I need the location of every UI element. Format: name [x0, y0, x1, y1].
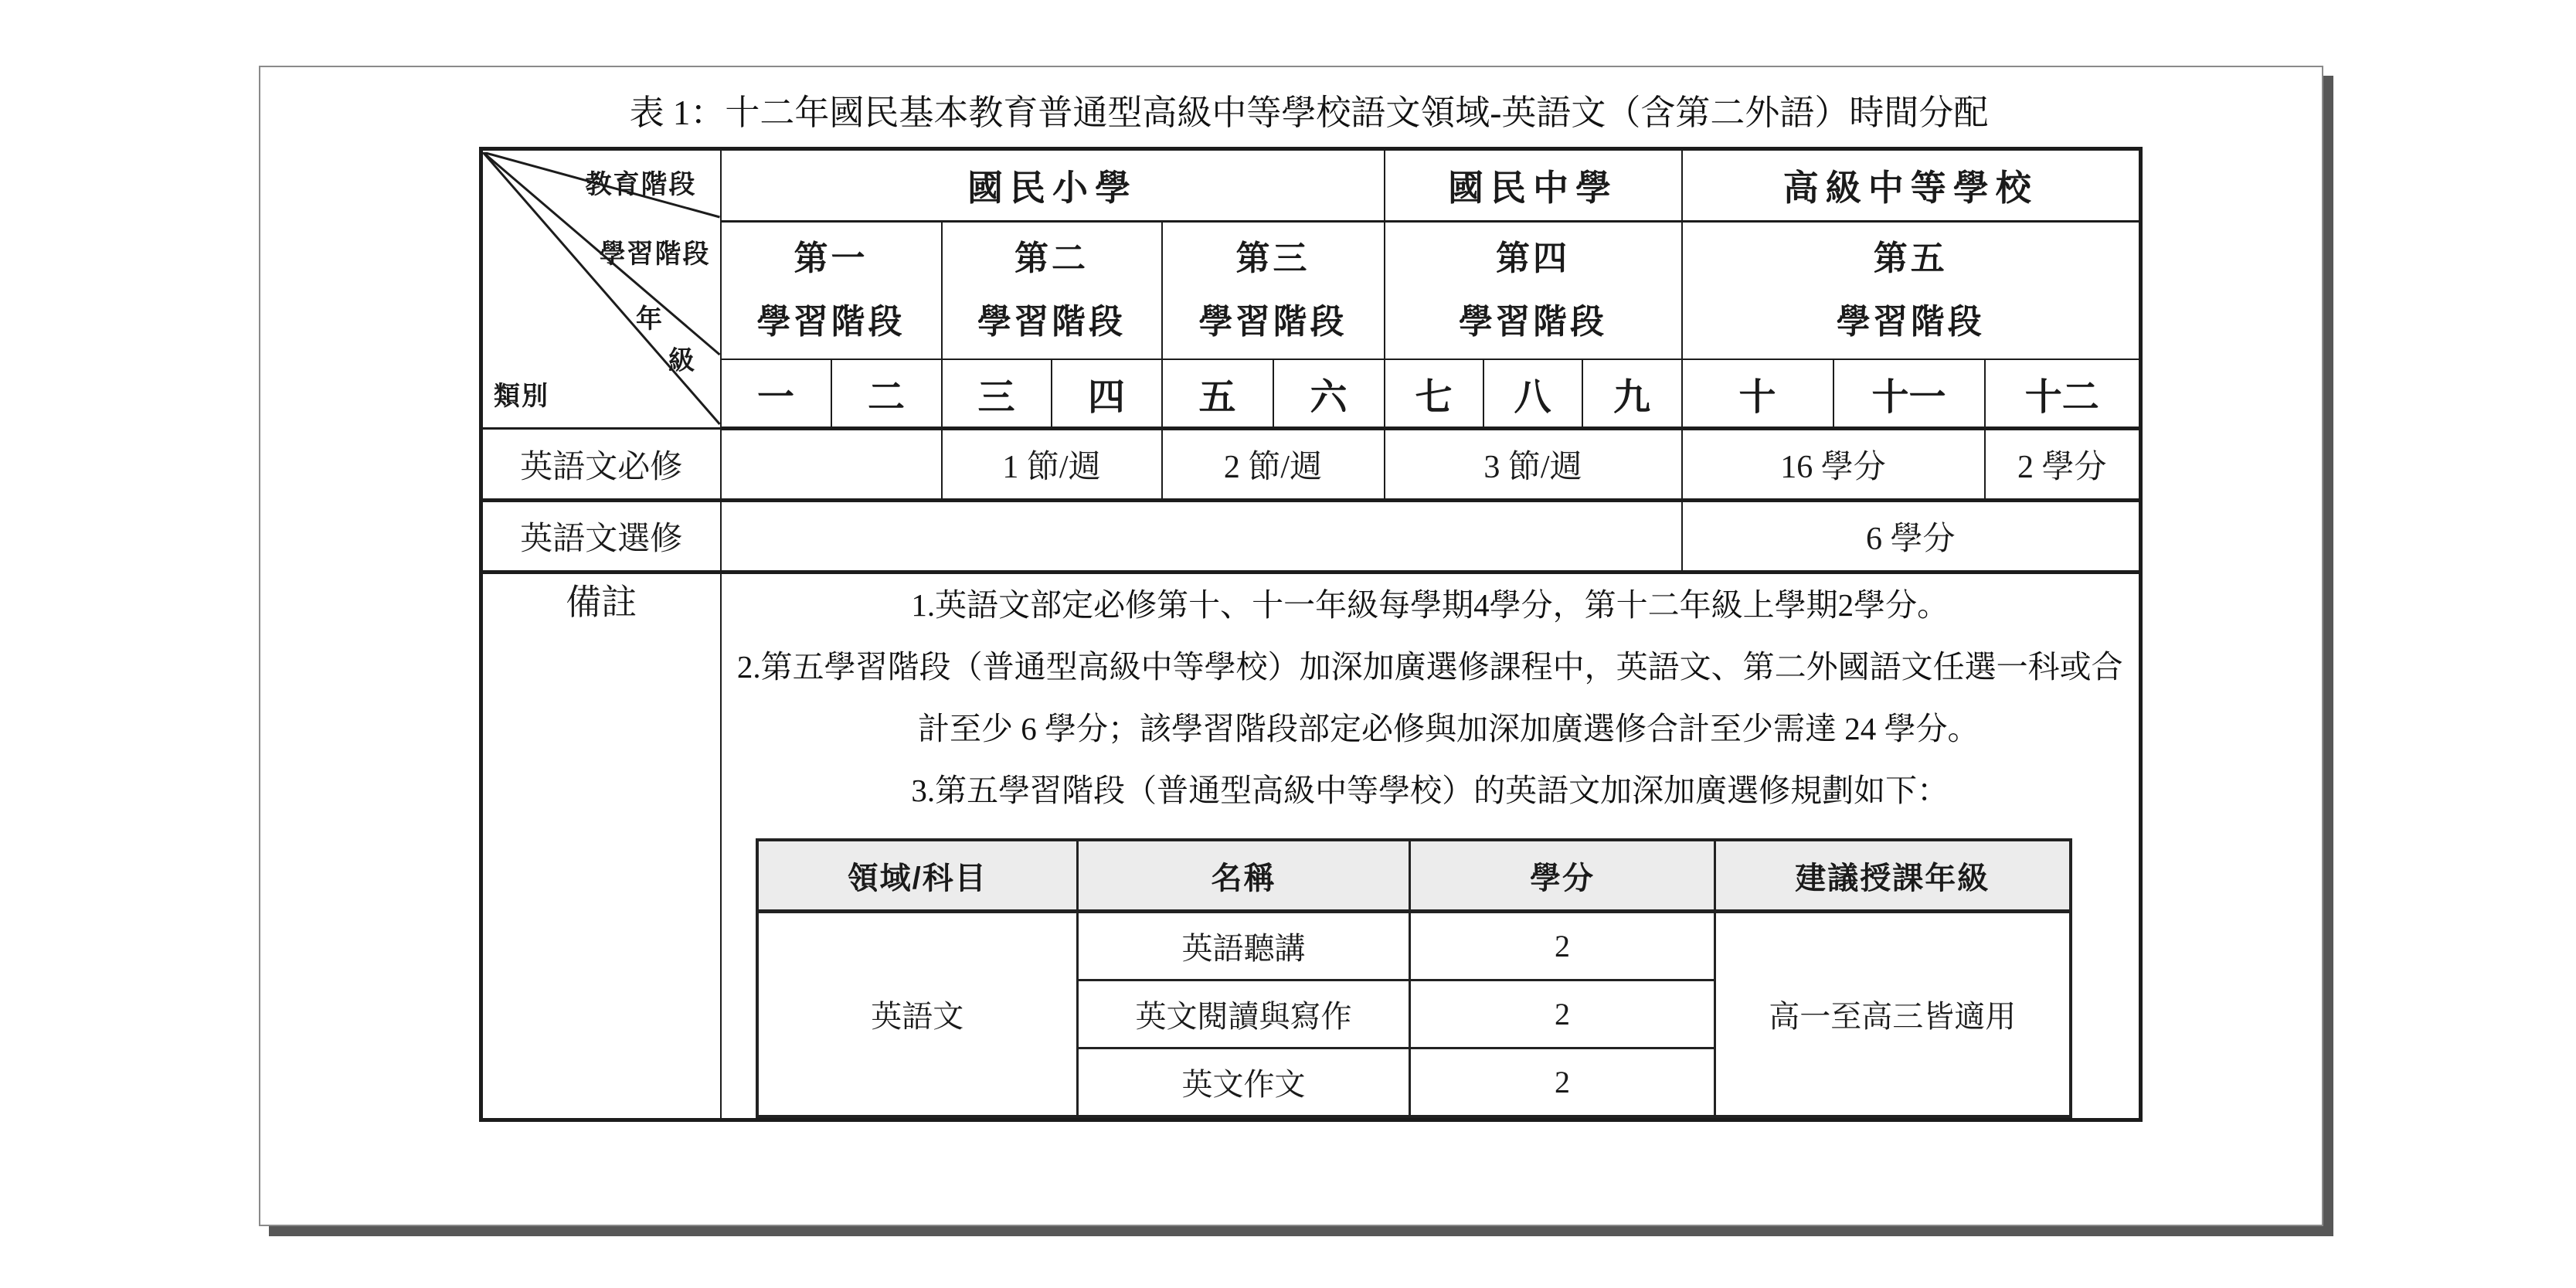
stage-4-word: 學習階段	[1385, 291, 1681, 354]
grade-7: 七	[1385, 359, 1483, 429]
remark-item-2: 2.第五學習階段（普通型高級中等學校）加深加廣選修課程中，英語文、第二外國語文任…	[722, 636, 2139, 760]
course-name-3: 英文作文	[1078, 1048, 1410, 1117]
required-grades-10-11: 16 學分	[1682, 429, 1985, 501]
stage-2-ordinal: 第二	[943, 227, 1161, 291]
education-stage-row: 教育階段 學習階段 年 級 類別 國民小學 國民中學 高級中等學校	[481, 149, 2141, 222]
required-english-row: 英語文必修 1 節/週 2 節/週 3 節/週 16 學分 2 學分	[481, 429, 2141, 501]
elective-grades-1-9	[721, 501, 1682, 573]
time-allocation-table: 教育階段 學習階段 年 級 類別 國民小學 國民中學 高級中等學校 第一 學習階…	[479, 147, 2143, 1122]
grade-4: 四	[1052, 359, 1162, 429]
stage-3-ordinal: 第三	[1163, 227, 1384, 291]
screenshot-root: { "title": "表 1：十二年國民基本教育普通型高級中等學校語文領域-英…	[0, 0, 2576, 1288]
stage-2-word: 學習階段	[943, 291, 1161, 354]
remark-item-1: 1.英語文部定必修第十、十一年級每學期4學分，第十二年級上學期2學分。	[722, 574, 2139, 636]
education-stage-elementary: 國民小學	[721, 149, 1385, 222]
elective-course-row-1: 英語文 英語聽講 2 高一至高三皆適用	[757, 912, 2071, 980]
grade-5: 五	[1162, 359, 1273, 429]
elective-header-name: 名稱	[1078, 840, 1410, 912]
document-page: 表 1：十二年國民基本教育普通型高級中等學校語文領域-英語文（含第二外語）時間分…	[259, 66, 2323, 1226]
required-grades-1-2	[721, 429, 942, 501]
suggested-grades-cell: 高一至高三皆適用	[1715, 912, 2071, 1117]
corner-header-cell: 教育階段 學習階段 年 級 類別	[481, 149, 721, 429]
required-english-label: 英語文必修	[481, 429, 721, 501]
course-credits-2: 2	[1410, 980, 1715, 1048]
learning-stage-2: 第二 學習階段	[942, 222, 1162, 360]
corner-label-grade: 級	[668, 339, 696, 377]
stage-4-ordinal: 第四	[1385, 227, 1681, 291]
table-title: 表 1：十二年國民基本教育普通型高級中等學校語文領域-英語文（含第二外語）時間分…	[479, 89, 2139, 137]
grade-6: 六	[1273, 359, 1385, 429]
corner-label-year: 年	[636, 297, 664, 335]
corner-label-category: 類別	[494, 375, 549, 413]
elective-english-label: 英語文選修	[481, 501, 721, 573]
elective-header-domain: 領域/科目	[757, 840, 1078, 912]
grade-8: 八	[1483, 359, 1582, 429]
learning-stage-4: 第四 學習階段	[1385, 222, 1682, 360]
elective-english-row: 英語文選修 6 學分	[481, 501, 2141, 573]
stage-1-word: 學習階段	[722, 291, 941, 354]
grade-2: 二	[831, 359, 942, 429]
elective-course-table: 領域/科目 名稱 學分 建議授課年級 英語文 英語聽講 2 高一至高三皆適用 英…	[756, 838, 2072, 1118]
corner-label-learning-stage: 學習階段	[600, 233, 711, 270]
required-grades-5-6: 2 節/週	[1162, 429, 1385, 501]
course-name-1: 英語聽講	[1078, 912, 1410, 980]
learning-stage-3: 第三 學習階段	[1162, 222, 1385, 360]
stage-3-word: 學習階段	[1163, 291, 1384, 354]
required-grade-12: 2 學分	[1985, 429, 2141, 501]
grade-10: 十	[1682, 359, 1833, 429]
required-grades-3-4: 1 節/週	[942, 429, 1162, 501]
learning-stage-1: 第一 學習階段	[721, 222, 942, 360]
course-name-2: 英文閱讀與寫作	[1078, 980, 1410, 1048]
grade-9: 九	[1582, 359, 1682, 429]
course-credits-1: 2	[1410, 912, 1715, 980]
education-stage-senior-high: 高級中等學校	[1682, 149, 2141, 222]
elective-table-header-row: 領域/科目 名稱 學分 建議授課年級	[757, 840, 2071, 912]
stage-5-ordinal: 第五	[1683, 227, 2139, 291]
stage-5-word: 學習階段	[1683, 291, 2139, 354]
grade-11: 十一	[1833, 359, 1985, 429]
elective-header-credits: 學分	[1410, 840, 1715, 912]
course-credits-3: 2	[1410, 1048, 1715, 1117]
remarks-row: 備註 1.英語文部定必修第十、十一年級每學期4學分，第十二年級上學期2學分。 2…	[481, 573, 2141, 1120]
education-stage-junior-high: 國民中學	[1385, 149, 1682, 222]
corner-label-education-stage: 教育階段	[586, 163, 697, 201]
remark-item-3: 3.第五學習階段（普通型高級中等學校）的英語文加深加廣選修規劃如下：	[722, 760, 2139, 821]
elective-header-grades: 建議授課年級	[1715, 840, 2071, 912]
learning-stage-row: 第一 學習階段 第二 學習階段 第三 學習階段 第四 學習階段	[481, 222, 2141, 360]
remarks-label: 備註	[481, 573, 721, 1120]
required-grades-7-9: 3 節/週	[1385, 429, 1682, 501]
elective-grades-10-12: 6 學分	[1682, 501, 2141, 573]
remarks-body: 1.英語文部定必修第十、十一年級每學期4學分，第十二年級上學期2學分。 2.第五…	[721, 573, 2141, 1120]
grade-row: 一 二 三 四 五 六 七 八 九 十 十一 十二	[481, 359, 2141, 429]
grade-1: 一	[721, 359, 831, 429]
elective-domain-cell: 英語文	[757, 912, 1078, 1117]
grade-3: 三	[942, 359, 1052, 429]
diagonal-corner: 教育階段 學習階段 年 級 類別	[483, 152, 720, 427]
grade-12: 十二	[1985, 359, 2141, 429]
learning-stage-5: 第五 學習階段	[1682, 222, 2141, 360]
stage-1-ordinal: 第一	[722, 227, 941, 291]
